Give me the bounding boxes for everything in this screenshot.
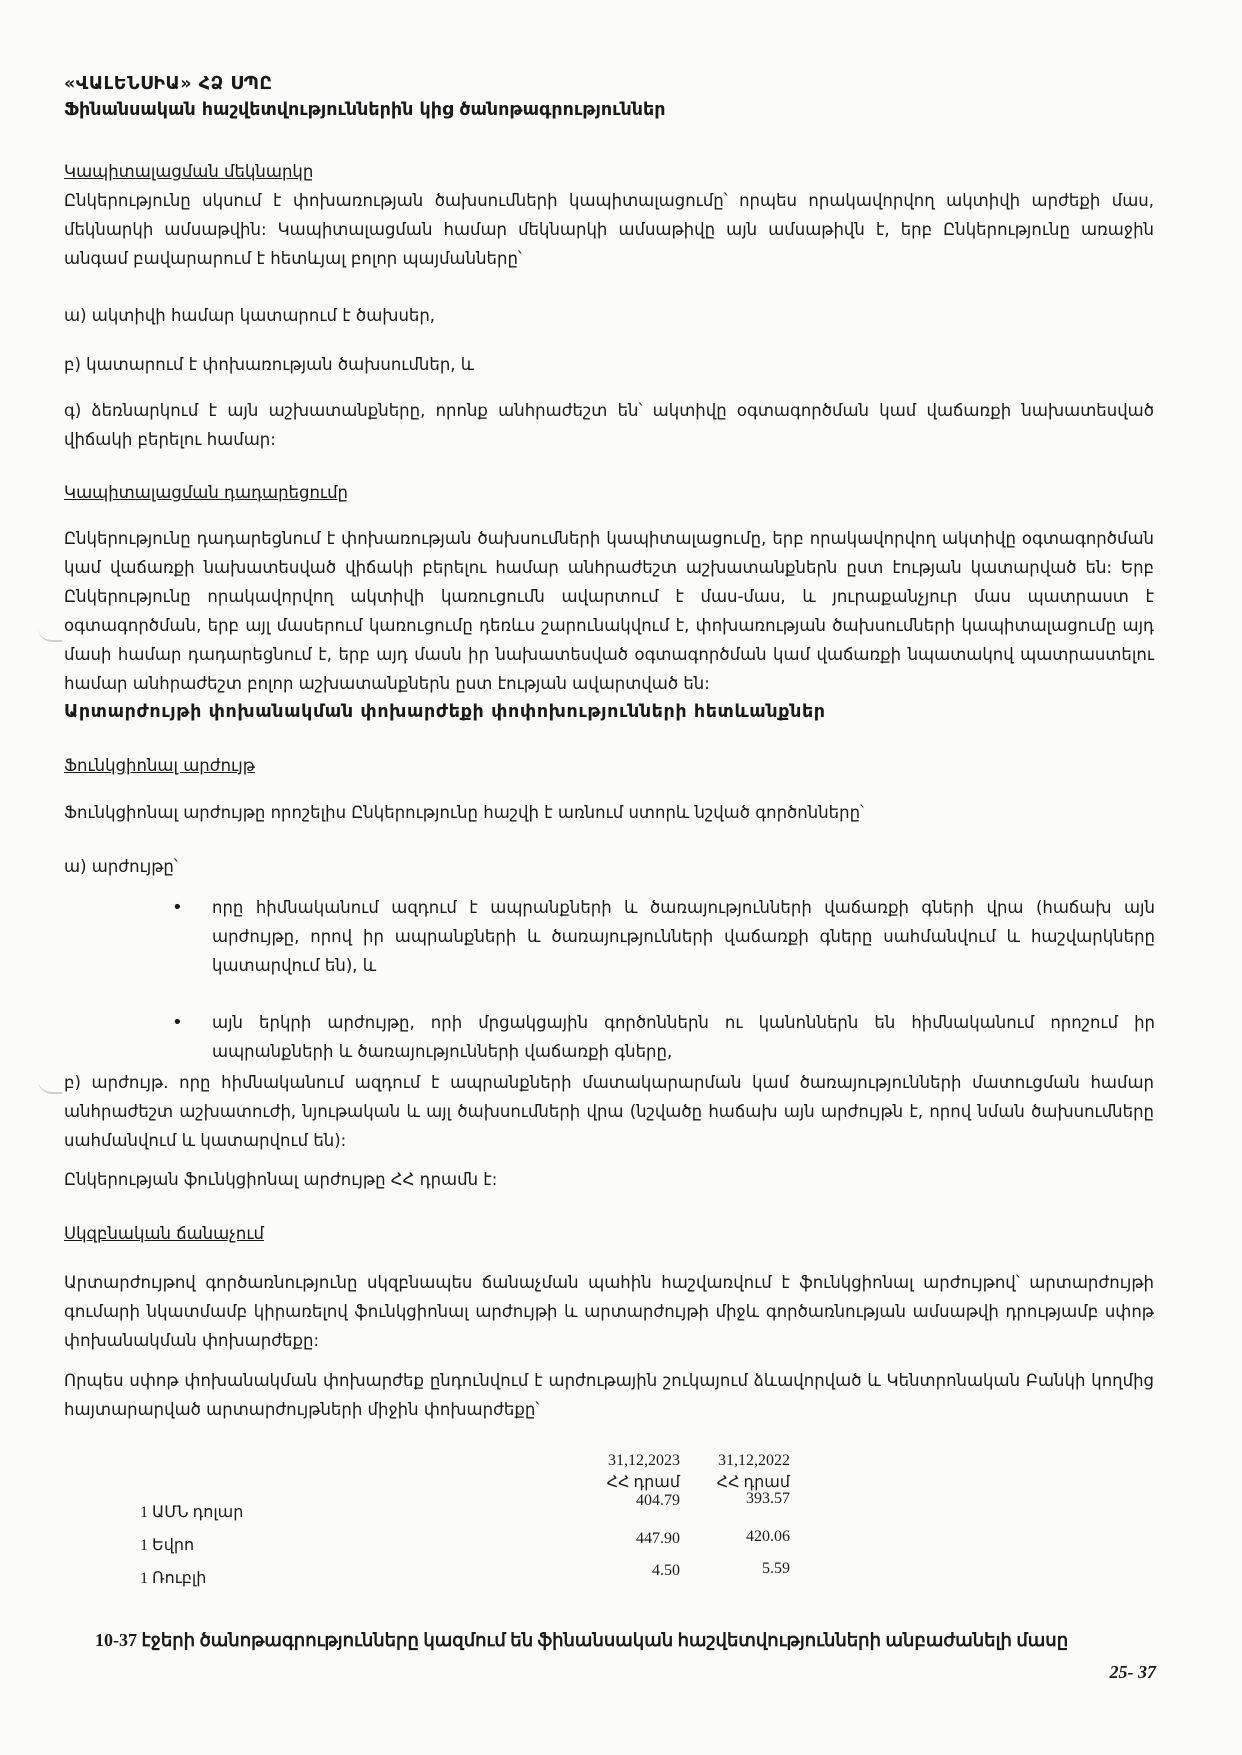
usd-2023: 404.79 — [560, 1492, 680, 1510]
row-label-usd: 1 ԱՄՆ դոլար — [140, 1502, 243, 1522]
paragraph-cap-stop: Ընկերությունը դադարեցնում է փոխառության … — [64, 524, 1154, 698]
paragraph-initial-recognition: Արտարժույթով գործառնությունը սկզբնապես ճ… — [64, 1268, 1154, 1355]
list-item-currency-a: ա) արժույթը՝ — [64, 852, 1154, 881]
bullet-item: որը հիմնականում ազդում է ապրանքների և ծա… — [170, 893, 1155, 980]
column-header-2022: 31,12,2022 ՀՀ դրամ — [690, 1450, 790, 1494]
company-name: «ՎԱԼԵՆՍԻԱ» ՀՁ ՍՊԸ — [64, 70, 1154, 99]
document-title: Ֆինանսական հաշվետվություններին կից ծանոթ… — [64, 96, 1154, 125]
punch-hole-mark — [38, 1078, 62, 1094]
list-item-a: ա) ակտիվի համար կատարում է ծախսեր, — [64, 301, 1154, 330]
list-item-currency-b: բ) արժույթ. որը հիմնականում ազդում է ապր… — [64, 1068, 1154, 1155]
document-page: «ՎԱԼԵՆՍԻԱ» ՀՁ ՍՊԸ Ֆինանսական հաշվետվությ… — [0, 0, 1242, 1755]
section-heading-fx: Արտարժույթի փոխանակման փոխարժեքի փոփոխու… — [64, 698, 1154, 727]
subheading-initial-recognition: Սկզբնական ճանաչում — [64, 1219, 1154, 1248]
paragraph-functional-statement: Ընկերության ֆունկցիոնալ արժույթը ՀՀ դրամ… — [64, 1165, 1154, 1194]
eur-2022: 420.06 — [670, 1528, 790, 1546]
punch-hole-mark — [38, 626, 62, 642]
bullet-list-factors: որը հիմնականում ազդում է ապրանքների և ծա… — [170, 893, 1155, 1094]
column-header-2023: 31,12,2023 ՀՀ դրամ — [580, 1450, 680, 1494]
list-item-c: գ) ձեռնարկում է այն աշխատանքները, որոնք … — [64, 396, 1154, 454]
eur-2023: 447.90 — [560, 1530, 680, 1548]
section-heading-cap-stop: Կապիտալացման դադարեցումը — [64, 478, 1154, 507]
row-label-rub: 1 Ռուբլի — [140, 1568, 206, 1588]
subheading-functional-currency: Ֆունկցիոնալ արժույթ — [64, 751, 1154, 780]
list-item-b: բ) կատարում է փոխառության ծախսումներ, և — [64, 350, 1154, 379]
paragraph-cap-start-intro: Ընկերությունը սկսում է փոխառության ծախսո… — [64, 186, 1154, 273]
section-heading-cap-start: Կապիտալացման մեկնարկը — [64, 157, 1154, 186]
bullet-item: այն երկրի արժույթը, որի մրցակցային գործո… — [170, 1008, 1155, 1066]
row-label-eur: 1 Եվրո — [140, 1535, 194, 1555]
usd-2022: 393.57 — [670, 1490, 790, 1508]
footer-note: 10-37 էջերի ծանոթագրությունները կազմում … — [95, 1630, 1068, 1651]
paragraph-functional-intro: Ֆունկցիոնալ արժույթը որոշելիս Ընկերությո… — [64, 798, 1154, 827]
paragraph-spot-rate: Որպես սփոթ փոխանակման փոխարժեք ընդունվու… — [64, 1366, 1154, 1424]
rub-2023: 4.50 — [560, 1562, 680, 1580]
page-number: 25- 37 — [1110, 1662, 1157, 1683]
rub-2022: 5.59 — [670, 1560, 790, 1578]
